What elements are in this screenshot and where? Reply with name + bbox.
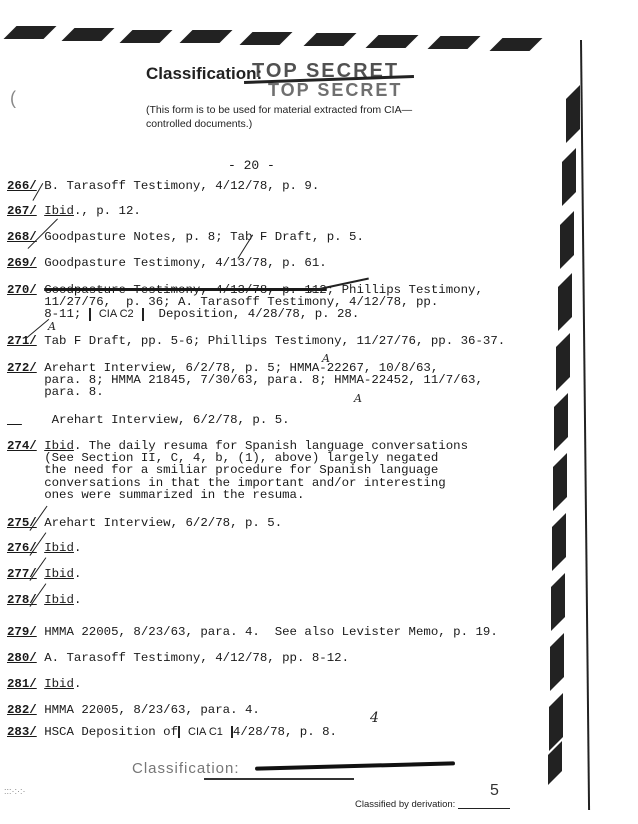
- form-note: (This form is to be used for material ex…: [146, 103, 436, 131]
- footnote: 279/ HMMA 22005, 8/23/63, para. 4. See a…: [7, 626, 498, 638]
- footnote-text: HSCA Deposition of: [44, 725, 178, 739]
- scan-noise: (: [10, 88, 16, 109]
- ibid-text: Ibid: [44, 204, 74, 218]
- footnote-number: 272/: [7, 361, 37, 375]
- footnote: 269/ Goodpasture Testimony, 4/13/78, p. …: [7, 257, 327, 269]
- footnote: 282/ HMMA 22005, 8/23/63, para. 4.: [7, 704, 260, 716]
- ibid-text: Ibid: [44, 677, 74, 691]
- border-stripe: [366, 35, 419, 48]
- redaction-bracket: CIA C1: [178, 726, 233, 738]
- footnote: 267/ Ibid., p. 12.: [7, 205, 141, 217]
- border-line: [580, 40, 590, 810]
- footnote-text: B. Tarasoff Testimony, 4/12/78, p. 9.: [44, 179, 319, 193]
- footnote: 280/ A. Tarasoff Testimony, 4/12/78, pp.…: [7, 652, 349, 664]
- handwritten-mark: 4: [370, 710, 379, 726]
- footnote: Arehart Interview, 6/2/78, p. 5.: [7, 414, 290, 426]
- footnote-text: HMMA 22005, 8/23/63, para. 4. See also L…: [44, 625, 498, 639]
- footnote-text: Arehart Interview, 6/2/78, p. 5.: [44, 516, 282, 530]
- footnote-text: ones were summarized in the resuma.: [44, 488, 304, 502]
- border-stripe: [562, 148, 576, 206]
- classified-by-derivation: Classified by derivation:: [355, 799, 455, 810]
- border-stripe: [558, 273, 572, 331]
- footnote-number: 274/: [7, 439, 37, 453]
- border-stripe: [240, 32, 293, 45]
- footnote-text: Goodpasture Testimony, 4/13/78, p. 61.: [44, 256, 327, 270]
- border-stripe: [551, 573, 565, 631]
- border-stripe: [304, 33, 357, 46]
- footnote-number: 279/: [7, 625, 37, 639]
- footnote-text: HMMA 22005, 8/23/63, para. 4.: [44, 703, 260, 717]
- border-stripe: [554, 393, 568, 451]
- footnote: 266/ B. Tarasoff Testimony, 4/12/78, p. …: [7, 180, 319, 192]
- footnote: 271/ Tab F Draft, pp. 5-6; Phillips Test…: [7, 335, 505, 347]
- footnote-text: Goodpasture Notes, p. 8; Tab F Draft, p.…: [44, 230, 364, 244]
- footnote-text: Arehart Interview, 6/2/78, p. 5.: [52, 413, 290, 427]
- footnote-text: para. 8; HMMA 21845, 7/30/63, para. 8; H…: [44, 373, 483, 387]
- derivation-line: [458, 808, 510, 809]
- handwritten-mark: A: [354, 392, 362, 405]
- footnote-text: .: [74, 593, 81, 607]
- footnote-text: Deposition, 4/28/78, p. 28.: [159, 307, 360, 321]
- footnote-text: 4/28/78, p. 8.: [233, 725, 337, 739]
- footnote: 274/ Ibid. The daily resuma for Spanish …: [7, 440, 468, 501]
- footnote: 283/ HSCA Deposition ofCIA C14/28/78, p.…: [7, 726, 337, 738]
- footnote: 270/ Goodpasture Testimony, 4/13/78, p. …: [7, 284, 483, 321]
- footnote-number: 271/: [7, 334, 37, 348]
- footnote: 277/ Ibid.: [7, 568, 81, 580]
- footnote-number: 283/: [7, 725, 37, 739]
- border-stripe: [428, 36, 481, 49]
- border-stripe: [556, 333, 570, 391]
- footnote: 281/ Ibid.: [7, 678, 81, 690]
- border-stripe: [4, 26, 57, 39]
- footnote-text: .: [74, 541, 81, 555]
- footnote-text: .: [74, 677, 81, 691]
- footer-line: [204, 778, 354, 780]
- border-stripe: [550, 633, 564, 691]
- scan-noise: :::·:·:·: [4, 786, 26, 796]
- footnote-text: .: [74, 567, 81, 581]
- footnote-number: 266/: [7, 179, 37, 193]
- border-stripe: [120, 30, 173, 43]
- footnote: 276/ Ibid.: [7, 542, 81, 554]
- footnote: 278/ Ibid.: [7, 594, 81, 606]
- footer-classification-label: Classification:: [132, 760, 240, 777]
- footnote-number: 267/: [7, 204, 37, 218]
- handwritten-mark: A: [322, 352, 330, 365]
- footnote-text: Tab F Draft, pp. 5-6; Phillips Testimony…: [44, 334, 505, 348]
- footnote-number: 282/: [7, 703, 37, 717]
- footnote-number: 270/: [7, 283, 37, 297]
- footnote: 275/ Arehart Interview, 6/2/78, p. 5.: [7, 517, 282, 529]
- border-stripe: [180, 30, 233, 43]
- ibid-text: Ibid: [44, 541, 74, 555]
- border-stripe: [552, 513, 566, 571]
- footnote-text: para. 8.: [44, 385, 104, 399]
- footnote: 268/ Goodpasture Notes, p. 8; Tab F Draf…: [7, 231, 364, 243]
- ibid-text: Ibid: [44, 567, 74, 581]
- border-stripe: [566, 85, 580, 143]
- border-stripe: [553, 453, 567, 511]
- page-number: - 20 -: [228, 158, 275, 173]
- footnote: 272/ Arehart Interview, 6/2/78, p. 5; HM…: [7, 362, 483, 399]
- border-stripe: [560, 211, 574, 269]
- handwritten-mark: A: [48, 320, 56, 333]
- footnote-number: [7, 413, 22, 427]
- ibid-text: Ibid: [44, 593, 74, 607]
- margin-mark: 5: [490, 782, 499, 800]
- footnote-number: 269/: [7, 256, 37, 270]
- footnote-number: 281/: [7, 677, 37, 691]
- footer-redaction-bar: [255, 761, 455, 770]
- classification-stamp-overprint: TOP SECRET: [268, 80, 402, 101]
- footnote-text: A. Tarasoff Testimony, 4/12/78, pp. 8-12…: [44, 651, 349, 665]
- border-stripe: [62, 28, 115, 41]
- border-stripe: [490, 38, 543, 51]
- footnote-text: ., p. 12.: [74, 204, 141, 218]
- footnote-number: 280/: [7, 651, 37, 665]
- redaction-bracket: CIA C2: [89, 308, 144, 320]
